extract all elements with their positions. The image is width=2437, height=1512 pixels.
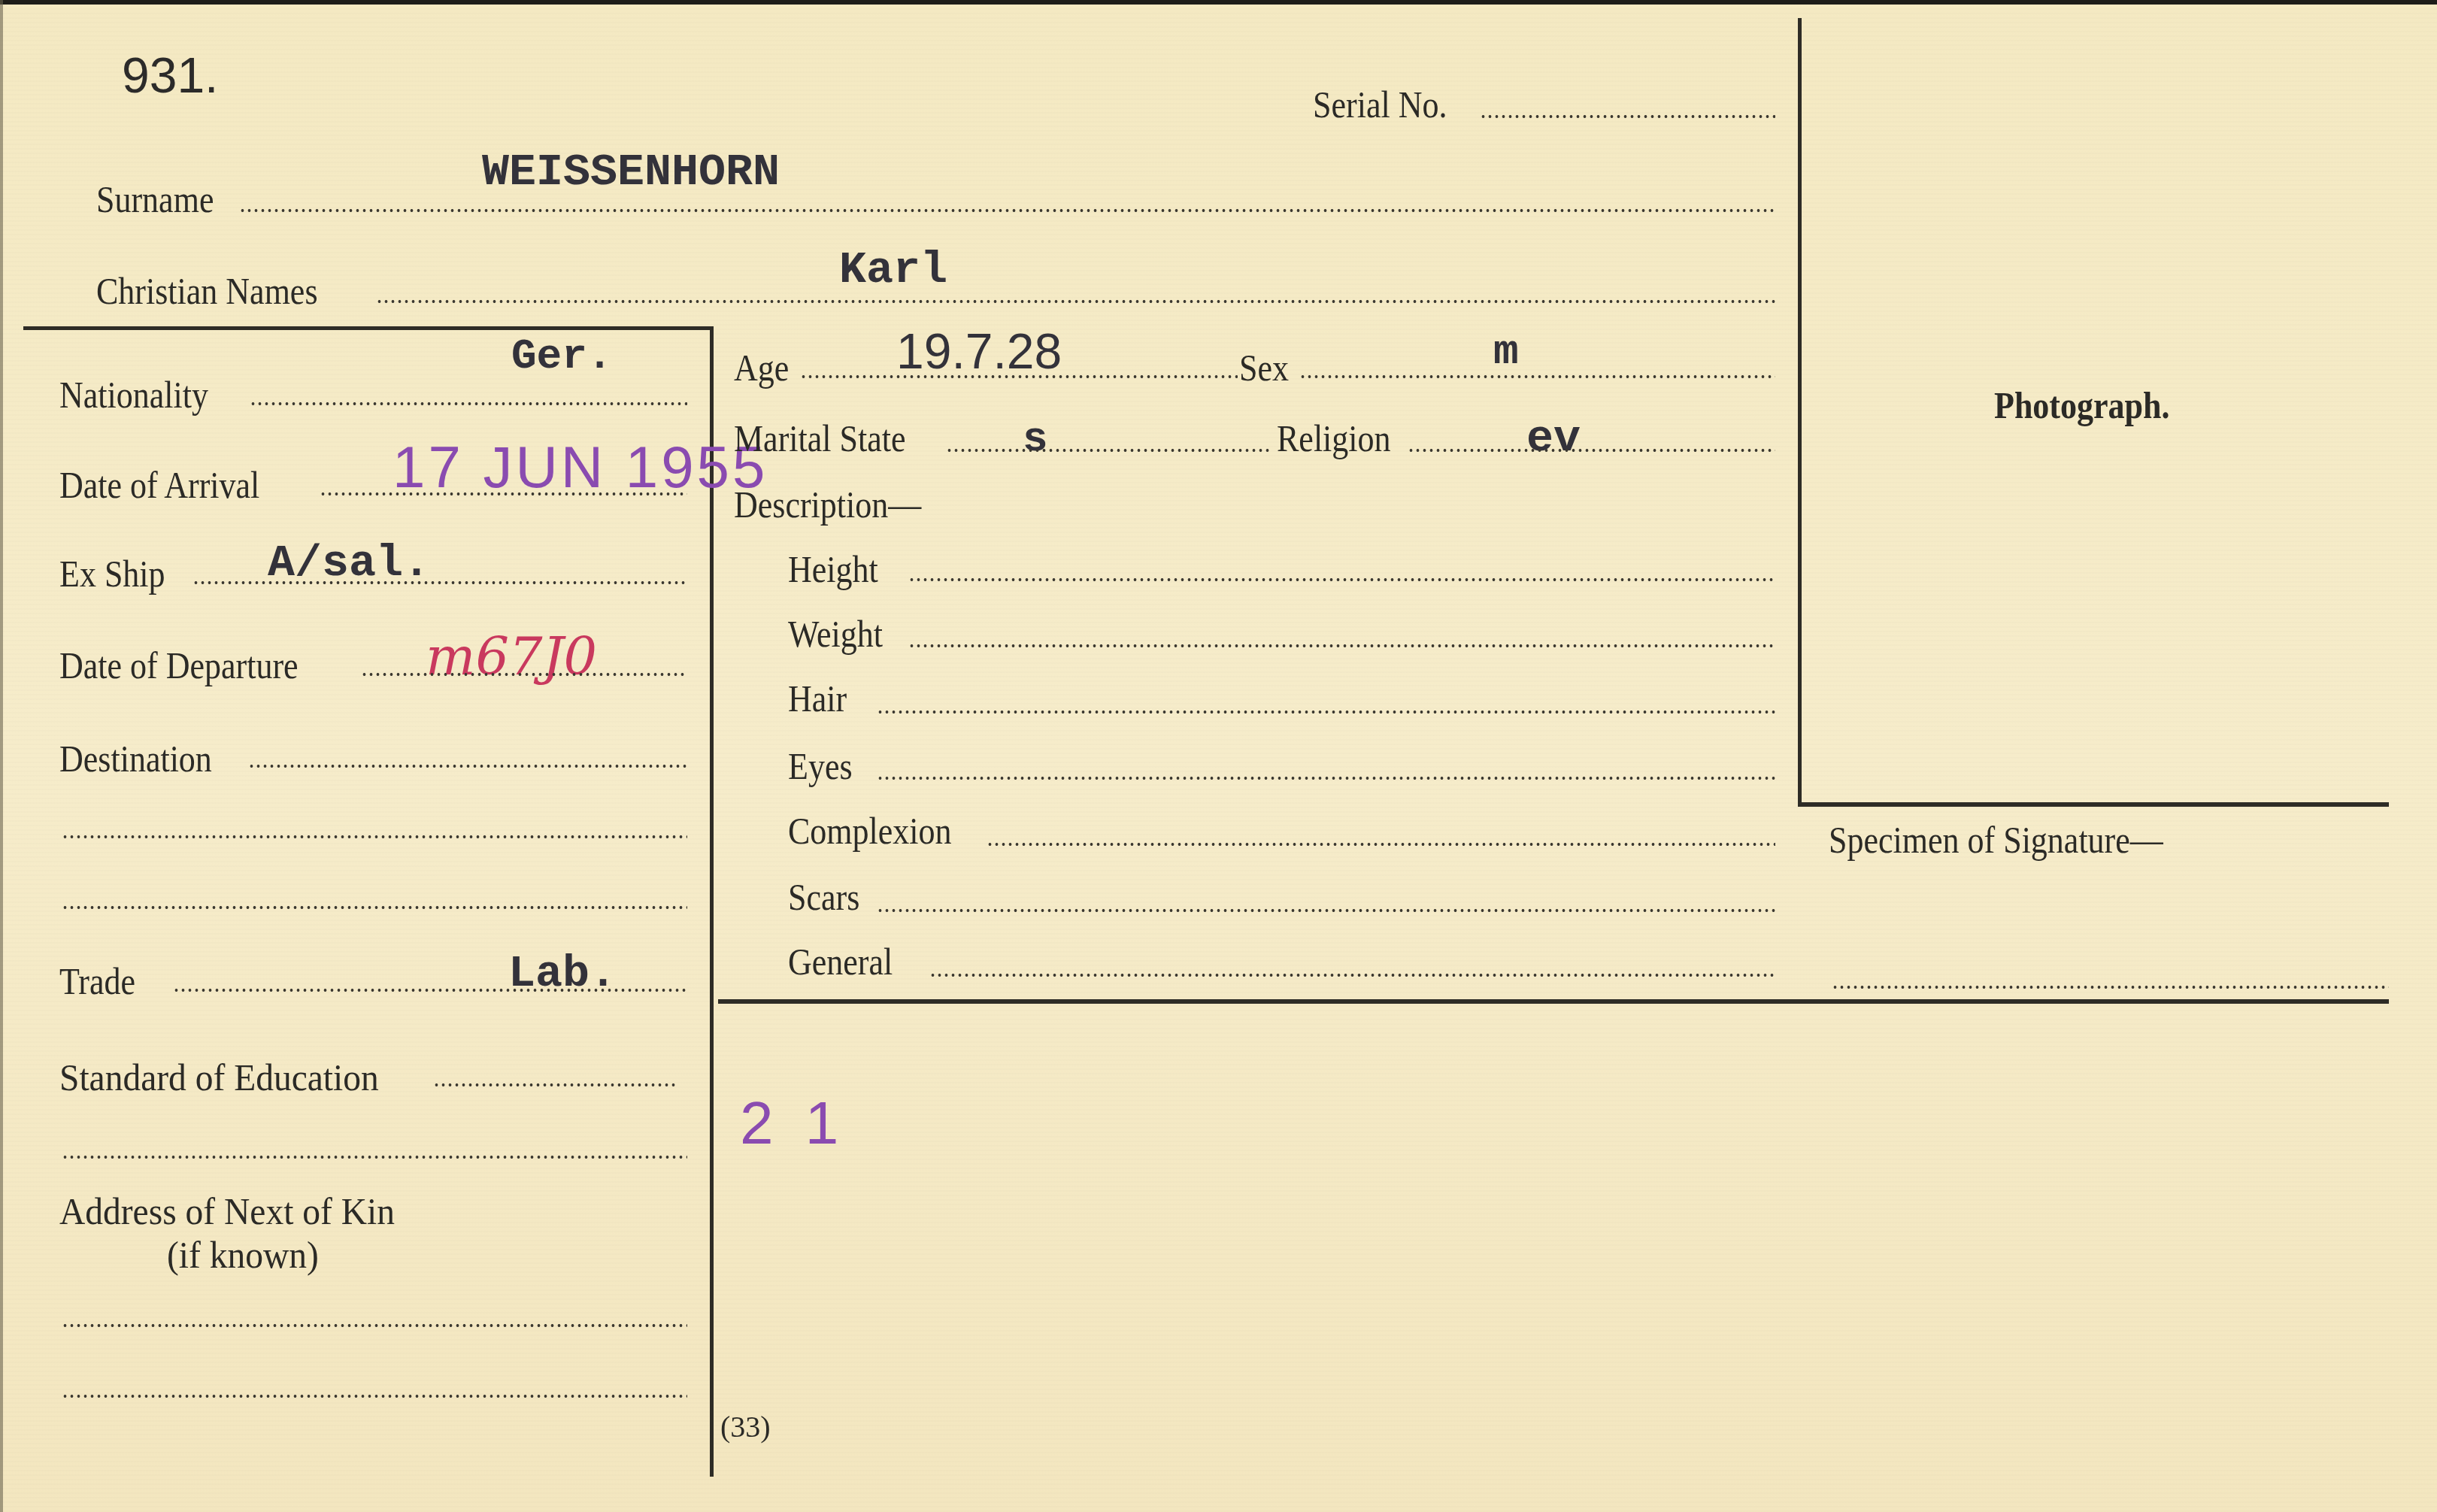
ex-ship-value: A/sal.	[268, 541, 430, 586]
next-of-kin-label: Address of Next of Kin	[59, 1192, 395, 1230]
destination-label: Destination	[59, 740, 212, 777]
date-of-departure-label: Date of Departure	[59, 647, 299, 684]
age-field[interactable]	[800, 374, 1238, 379]
eyes-label: Eyes	[788, 747, 853, 785]
hair-label: Hair	[788, 680, 847, 717]
date-of-arrival-field[interactable]	[320, 492, 687, 496]
card-left-edge	[0, 0, 3, 1512]
ex-ship-label: Ex Ship	[59, 555, 165, 592]
destination-field-2[interactable]	[62, 835, 687, 839]
date-of-departure-field[interactable]	[361, 672, 687, 677]
sex-field[interactable]	[1299, 374, 1775, 379]
trade-label: Trade	[59, 962, 135, 1000]
divider-photo-bottom	[1798, 802, 2389, 807]
marital-state-label: Marital State	[734, 420, 905, 457]
general-field[interactable]	[929, 973, 1775, 977]
standard-of-education-field-1[interactable]	[433, 1083, 678, 1087]
serial-no-field[interactable]	[1480, 114, 1775, 119]
complexion-field[interactable]	[987, 842, 1775, 847]
divider-header-left	[23, 326, 713, 330]
description-heading: Description—	[734, 486, 921, 523]
scars-label: Scars	[788, 878, 859, 916]
card-number: 931.	[122, 47, 218, 104]
next-of-kin-sublabel: (if known)	[167, 1236, 319, 1274]
arrival-date-stamp: 17 JUN 1955	[393, 438, 768, 496]
general-label: General	[788, 943, 893, 980]
height-label: Height	[788, 550, 878, 588]
marital-state-field[interactable]	[946, 448, 1271, 453]
trade-field[interactable]	[173, 988, 687, 992]
standard-of-education-field-2[interactable]	[62, 1155, 687, 1159]
registration-card: 931. Serial No. Surname WEISSENHORN Chri…	[0, 0, 2437, 1512]
standard-of-education-label: Standard of Education	[59, 1059, 379, 1096]
card-top-edge	[0, 0, 2437, 5]
stamp-number: 2 1	[740, 1093, 846, 1153]
eyes-field[interactable]	[877, 776, 1775, 780]
next-of-kin-field-2[interactable]	[62, 1394, 687, 1398]
complexion-label: Complexion	[788, 812, 952, 850]
hair-field[interactable]	[877, 710, 1775, 714]
sex-value: m	[1493, 331, 1519, 373]
surname-label: Surname	[96, 180, 214, 218]
ex-ship-field[interactable]	[192, 580, 687, 585]
destination-field-1[interactable]	[248, 764, 687, 768]
marital-state-value: s	[1023, 418, 1048, 460]
christian-names-value: Karl	[839, 248, 947, 293]
date-of-arrival-label: Date of Arrival	[59, 466, 259, 504]
age-label: Age	[734, 349, 789, 386]
surname-field[interactable]	[239, 208, 1775, 213]
signature-label: Specimen of Signature—	[1829, 821, 2163, 859]
divider-description-bottom	[718, 999, 2389, 1004]
signature-field[interactable]	[1832, 985, 2389, 989]
next-of-kin-field-1[interactable]	[62, 1323, 687, 1328]
destination-field-3[interactable]	[62, 905, 687, 910]
christian-names-field[interactable]	[376, 299, 1775, 304]
form-number: (33)	[720, 1412, 771, 1442]
height-field[interactable]	[908, 577, 1775, 582]
religion-label: Religion	[1277, 420, 1391, 457]
religion-field[interactable]	[1408, 448, 1775, 453]
photograph-area	[1802, 18, 2389, 802]
scars-field[interactable]	[877, 908, 1775, 913]
weight-label: Weight	[788, 615, 883, 653]
religion-value: ev	[1526, 417, 1581, 462]
weight-field[interactable]	[908, 644, 1775, 648]
christian-names-label: Christian Names	[96, 272, 318, 310]
surname-value: WEISSENHORN	[482, 150, 780, 195]
sex-label: Sex	[1239, 349, 1289, 386]
nationality-field[interactable]	[250, 401, 687, 406]
nationality-label: Nationality	[59, 376, 208, 414]
serial-no-label: Serial No.	[1313, 86, 1447, 123]
nationality-value: Ger.	[511, 335, 612, 377]
age-value: 19.7.28	[896, 326, 1062, 376]
